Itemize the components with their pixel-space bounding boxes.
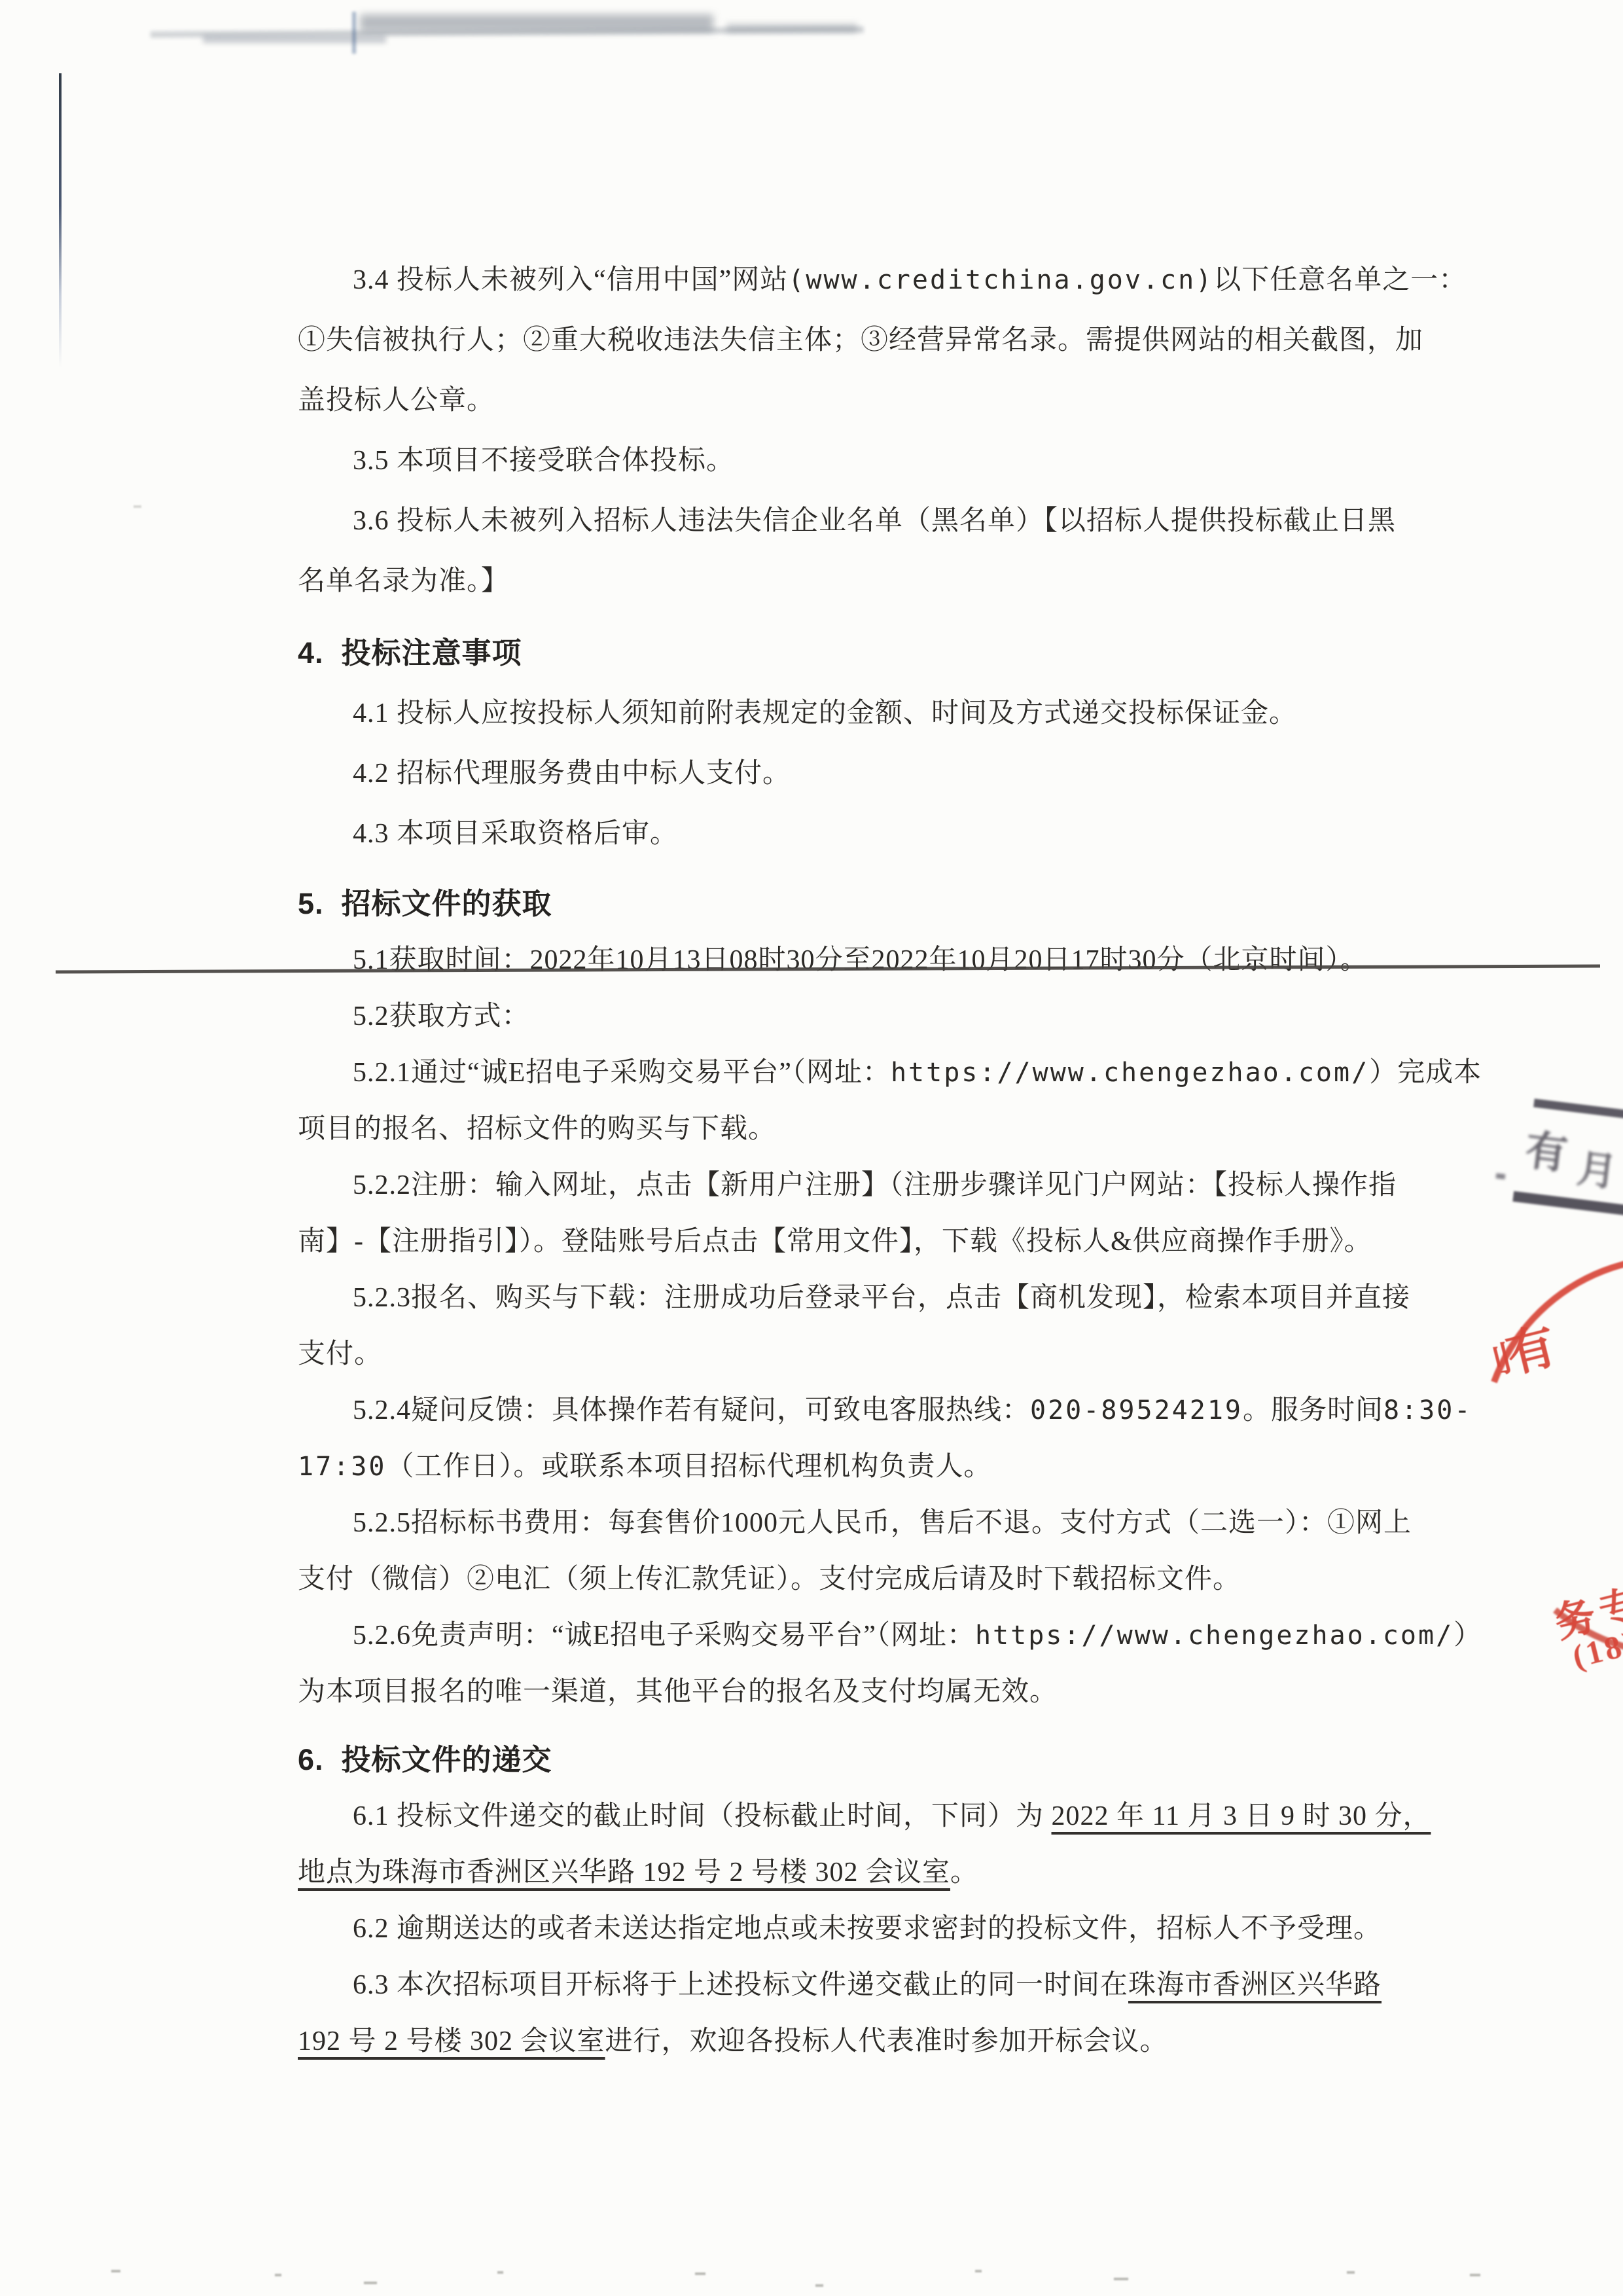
smudge-streak xyxy=(203,35,386,43)
text-line: 5.2.5招标标书费用：每套售价1000元人民币，售后不退。支付方式（二选一）：… xyxy=(298,1495,1404,1551)
text-segment: 192 号 2 号楼 302 会议室 xyxy=(298,2026,605,2056)
text-segment: 以下任意名单之一： xyxy=(1213,265,1467,295)
text-segment: 2022 年 11 月 3 日 9 时 30 分， xyxy=(1052,1801,1431,1831)
scan-speck xyxy=(695,2272,705,2275)
smudge-streak xyxy=(352,12,356,54)
text-line: 南】-【注册指引】）。登陆账号后点击【常用文件】，下载《投标人&供应商操作手册》… xyxy=(298,1213,1404,1270)
text-segment: 3.6 投标人未被列入招标人违法失信企业名单（黑名单）【以招标人提供投标截止日黑 xyxy=(353,506,1396,536)
text-line: 地点为珠海市香洲区兴华路 192 号 2 号楼 302 会议室。 xyxy=(298,1844,1404,1901)
section-heading: 5. 招标文件的获取 xyxy=(298,876,1404,932)
paragraph: 3.5 本项目不接受联合体投标。 xyxy=(298,431,1404,491)
document-body: 3.4 投标人未被列入“信用中国”网站(www.creditchina.gov.… xyxy=(298,250,1404,2070)
text-line: 支付（微信）②电汇（须上传汇款凭证）。支付完成后请及时下载招标文件。 xyxy=(298,1551,1404,1607)
smudge-streak xyxy=(360,14,713,31)
text-segment: ）完成本 xyxy=(1369,1058,1482,1088)
text-segment: 6.1 投标文件递交的截止时间（投标截止时间，下同）为 xyxy=(353,1801,1052,1831)
scan-left-line xyxy=(59,73,62,368)
text-line: 项目的报名、招标文件的购买与下载。 xyxy=(298,1101,1404,1157)
text-line: 6.1 投标文件递交的截止时间（投标截止时间，下同）为 2022 年 11 月 … xyxy=(298,1788,1404,1844)
text-segment: https://www.chengezhao.com/ xyxy=(975,1621,1454,1651)
text-segment: 17:30 xyxy=(298,1452,386,1482)
text-line: 名单名录为准。】 xyxy=(298,551,1404,611)
text-segment: 项目的报名、招标文件的购买与下载。 xyxy=(298,1114,776,1144)
text-segment: (www.creditchina.gov.cn) xyxy=(788,265,1213,295)
paragraph: 6.1 投标文件递交的截止时间（投标截止时间，下同）为 2022 年 11 月 … xyxy=(298,1788,1404,1901)
scan-speck xyxy=(275,2274,281,2276)
text-segment: 4. 投标注意事项 xyxy=(298,636,522,670)
paragraph: 3.6 投标人未被列入招标人违法失信企业名单（黑名单）【以招标人提供投标截止日黑… xyxy=(298,491,1404,611)
text-line: 5.2.4疑问反馈：具体操作若有疑问，可致电客服热线：020-89524219。… xyxy=(298,1382,1404,1439)
text-segment: ①失信被执行人；②重大税收违法失信主体；③经营异常名录。需提供网站的相关截图，加 xyxy=(298,325,1423,355)
text-line: 3.4 投标人未被列入“信用中国”网站(www.creditchina.gov.… xyxy=(298,250,1404,310)
text-segment: 支付。 xyxy=(298,1339,382,1369)
text-segment: 6.2 逾期送达的或者未送达指定地点或未按要求密封的投标文件，招标人不予受理。 xyxy=(353,1914,1382,1944)
text-line: 5.1获取时间：2022年10月13日08时30分至2022年10月20日17时… xyxy=(298,932,1404,988)
text-segment: 4.1 投标人应按投标人须知前附表规定的金额、时间及方式递交投标保证金。 xyxy=(353,698,1297,728)
text-segment: 3.5 本项目不接受联合体投标。 xyxy=(353,446,734,476)
text-segment: https://www.chengezhao.com/ xyxy=(891,1058,1369,1088)
text-segment: 5.2.3报名、购买与下载：注册成功后登录平台，点击【商机发现】，检索本项目并直… xyxy=(353,1283,1410,1313)
smudge-streak xyxy=(726,24,857,33)
scan-speck xyxy=(1347,2271,1355,2274)
text-segment: 020-89524219 xyxy=(1030,1395,1243,1426)
paragraph: 5.2获取方式： xyxy=(298,988,1404,1045)
text-segment: 6. 投标文件的递交 xyxy=(298,1743,552,1776)
paragraph: 4.3 本项目采取资格后审。 xyxy=(298,804,1404,864)
text-line: 4. 投标注意事项 xyxy=(298,623,1404,683)
paragraph: 5.2.4疑问反馈：具体操作若有疑问，可致电客服热线：020-89524219。… xyxy=(298,1382,1404,1495)
paragraph: 6.2 逾期送达的或者未送达指定地点或未按要求密封的投标文件，招标人不予受理。 xyxy=(298,1901,1404,1957)
paragraph: 4.2 招标代理服务费由中标人支付。 xyxy=(298,744,1404,804)
scan-speck xyxy=(134,505,141,508)
text-segment: 5.2.2注册：输入网址，点击【新用户注册】（注册步骤详见门户网站：【投标人操作… xyxy=(353,1170,1397,1200)
paragraph: 6.3 本次招标项目开标将于上述投标文件递交截止的同一时间在珠海市香洲区兴华路1… xyxy=(298,1957,1404,2070)
text-segment: 6.3 本次招标项目开标将于上述投标文件递交截止的同一时间在 xyxy=(353,1970,1128,2000)
gray-stamp: 有 月 xyxy=(1509,1092,1623,1226)
text-segment: 进行，欢迎各投标人代表准时参加开标会议。 xyxy=(605,2026,1168,2056)
text-segment: ） xyxy=(1454,1621,1482,1651)
scan-speck xyxy=(497,2271,503,2274)
text-segment: 名单名录为准。】 xyxy=(298,566,509,596)
scan-bleed-smudge xyxy=(151,12,883,58)
text-segment: 盖投标人公章。 xyxy=(298,386,495,416)
text-line: 5.2获取方式： xyxy=(298,988,1404,1045)
text-segment: 5.2.5招标标书费用：每套售价1000元人民币，售后不退。支付方式（二选一）：… xyxy=(353,1508,1412,1538)
scan-speck xyxy=(1470,2274,1480,2276)
text-segment: 5. 招标文件的获取 xyxy=(298,887,552,920)
text-line: ①失信被执行人；②重大税收违法失信主体；③经营异常名录。需提供网站的相关截图，加 xyxy=(298,310,1404,370)
text-line: 6. 投标文件的递交 xyxy=(298,1732,1404,1788)
paragraph: 5.2.6免责声明：“诚E招电子采购交易平台”（网址：https://www.c… xyxy=(298,1607,1404,1720)
text-line: 4.3 本项目采取资格后审。 xyxy=(298,804,1404,864)
text-segment: 。 xyxy=(950,1857,978,1888)
paragraph: 5.2.3报名、购买与下载：注册成功后登录平台，点击【商机发现】，检索本项目并直… xyxy=(298,1270,1404,1382)
gray-stamp-mark xyxy=(1495,1173,1505,1179)
text-segment: 为本项目报名的唯一渠道，其他平台的报名及支付均属无效。 xyxy=(298,1677,1058,1707)
paragraph: 5.1获取时间：2022年10月13日08时30分至2022年10月20日17时… xyxy=(298,932,1404,988)
text-segment: 5.2.6免责声明：“诚E招电子采购交易平台”（网址： xyxy=(353,1621,975,1651)
text-line: 4.2 招标代理服务费由中标人支付。 xyxy=(298,744,1404,804)
text-line: 5.2.3报名、购买与下载：注册成功后登录平台，点击【商机发现】，检索本项目并直… xyxy=(298,1270,1404,1326)
page: 3.4 投标人未被列入“信用中国”网站(www.creditchina.gov.… xyxy=(0,0,1623,2296)
text-line: 3.6 投标人未被列入招标人违法失信企业名单（黑名单）【以招标人提供投标截止日黑 xyxy=(298,491,1404,551)
text-line: 5.2.6免责声明：“诚E招电子采购交易平台”（网址：https://www.c… xyxy=(298,1607,1404,1664)
text-segment: 珠海市香洲区兴华路 xyxy=(1128,1970,1382,2000)
gray-stamp-mark: 月 xyxy=(1575,1138,1620,1198)
text-line: 5. 招标文件的获取 xyxy=(298,876,1404,932)
scan-speck xyxy=(1114,2278,1128,2280)
text-line: 3.5 本项目不接受联合体投标。 xyxy=(298,431,1404,491)
text-segment: 支付（微信）②电汇（须上传汇款凭证）。支付完成后请及时下载招标文件。 xyxy=(298,1564,1241,1594)
text-segment: 5.2.4疑问反馈：具体操作若有疑问，可致电客服热线： xyxy=(353,1395,1030,1426)
paragraph: 4.1 投标人应按投标人须知前附表规定的金额、时间及方式递交投标保证金。 xyxy=(298,683,1404,744)
text-line: 5.2.2注册：输入网址，点击【新用户注册】（注册步骤详见门户网站：【投标人操作… xyxy=(298,1157,1404,1213)
paragraph: 3.4 投标人未被列入“信用中国”网站(www.creditchina.gov.… xyxy=(298,250,1404,431)
scan-speck xyxy=(975,2270,982,2272)
section-heading: 4. 投标注意事项 xyxy=(298,623,1404,683)
text-line: 为本项目报名的唯一渠道，其他平台的报名及支付均属无效。 xyxy=(298,1664,1404,1720)
text-line: 6.2 逾期送达的或者未送达指定地点或未按要求密封的投标文件，招标人不予受理。 xyxy=(298,1901,1404,1957)
scan-speck xyxy=(364,2282,377,2284)
text-line: 192 号 2 号楼 302 会议室进行，欢迎各投标人代表准时参加开标会议。 xyxy=(298,2013,1404,2070)
text-line: 5.2.1通过“诚E招电子采购交易平台”（网址：https://www.chen… xyxy=(298,1045,1404,1101)
section-heading: 6. 投标文件的递交 xyxy=(298,1732,1404,1788)
text-segment: （工作日）。或联系本项目招标代理机构负责人。 xyxy=(386,1452,991,1482)
text-line: 17:30（工作日）。或联系本项目招标代理机构负责人。 xyxy=(298,1439,1404,1495)
text-segment: 4.3 本项目采取资格后审。 xyxy=(353,819,678,849)
paragraph: 5.2.5招标标书费用：每套售价1000元人民币，售后不退。支付方式（二选一）：… xyxy=(298,1495,1404,1607)
paragraph: 5.2.1通过“诚E招电子采购交易平台”（网址：https://www.chen… xyxy=(298,1045,1404,1157)
text-line: 支付。 xyxy=(298,1326,1404,1382)
text-segment: 3.4 投标人未被列入“信用中国”网站 xyxy=(353,265,788,295)
text-segment: 5.2.1通过“诚E招电子采购交易平台”（网址： xyxy=(353,1058,891,1088)
text-segment: 地点为珠海市香洲区兴华路 192 号 2 号楼 302 会议室 xyxy=(298,1857,950,1888)
gray-stamp-mark: 有 xyxy=(1522,1117,1571,1181)
text-segment: 4.2 招标代理服务费由中标人支付。 xyxy=(353,759,791,789)
scan-speck xyxy=(111,2270,120,2272)
scan-speck xyxy=(815,2284,823,2287)
paragraph: 5.2.2注册：输入网址，点击【新用户注册】（注册步骤详见门户网站：【投标人操作… xyxy=(298,1157,1404,1270)
text-line: 盖投标人公章。 xyxy=(298,370,1404,431)
text-segment: 南】-【注册指引】）。登陆账号后点击【常用文件】，下载《投标人&供应商操作手册》… xyxy=(298,1227,1372,1257)
text-segment: 5.2获取方式： xyxy=(353,1001,530,1031)
text-segment: 。服务时间 xyxy=(1243,1395,1383,1426)
text-line: 6.3 本次招标项目开标将于上述投标文件递交截止的同一时间在珠海市香洲区兴华路 xyxy=(298,1957,1404,2013)
text-line: 4.1 投标人应按投标人须知前附表规定的金额、时间及方式递交投标保证金。 xyxy=(298,683,1404,744)
